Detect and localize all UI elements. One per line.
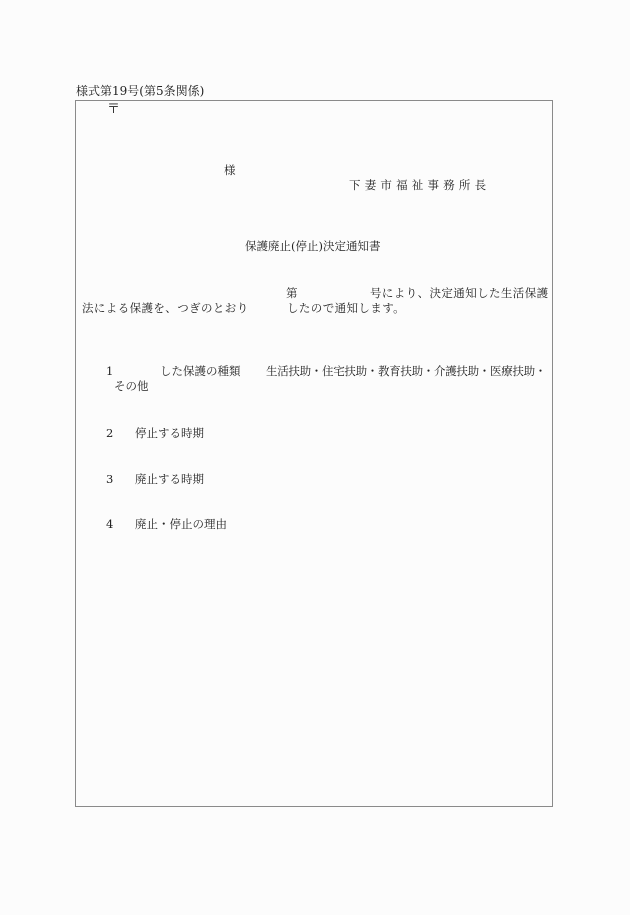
item-number: 3 (106, 474, 113, 486)
document-title: 保護廃止(停止)決定通知書 (245, 241, 380, 253)
item-number: 4 (106, 519, 113, 531)
form-number-label: 様式第19号(第5条関係) (76, 85, 204, 97)
body-line2-prefix: 法による保護を、つぎのとおり (82, 303, 249, 315)
body-line2-suffix: したので通知します。 (287, 303, 405, 315)
item-value-continuation: その他 (114, 381, 149, 393)
item-label: 停止する時期 (135, 428, 204, 440)
body-line1-suffix: 号により、決定通知した生活保護 (370, 288, 549, 300)
postal-mark: 〒 (107, 103, 120, 116)
body-line1-prefix: 第 (286, 288, 298, 300)
item-number: 1 (106, 366, 113, 378)
sender-name: 下妻市福祉事務所長 (349, 180, 490, 192)
notice-form-frame (75, 100, 553, 807)
item-label: 廃止する時期 (135, 474, 204, 486)
item-value: 生活扶助・住宅扶助・教育扶助・介護扶助・医療扶助・ (266, 366, 546, 378)
item-number: 2 (106, 428, 113, 440)
addressee-suffix: 様 (224, 165, 236, 177)
item-label: 廃止・停止の理由 (135, 519, 227, 531)
item-label: した保護の種類 (160, 366, 241, 378)
